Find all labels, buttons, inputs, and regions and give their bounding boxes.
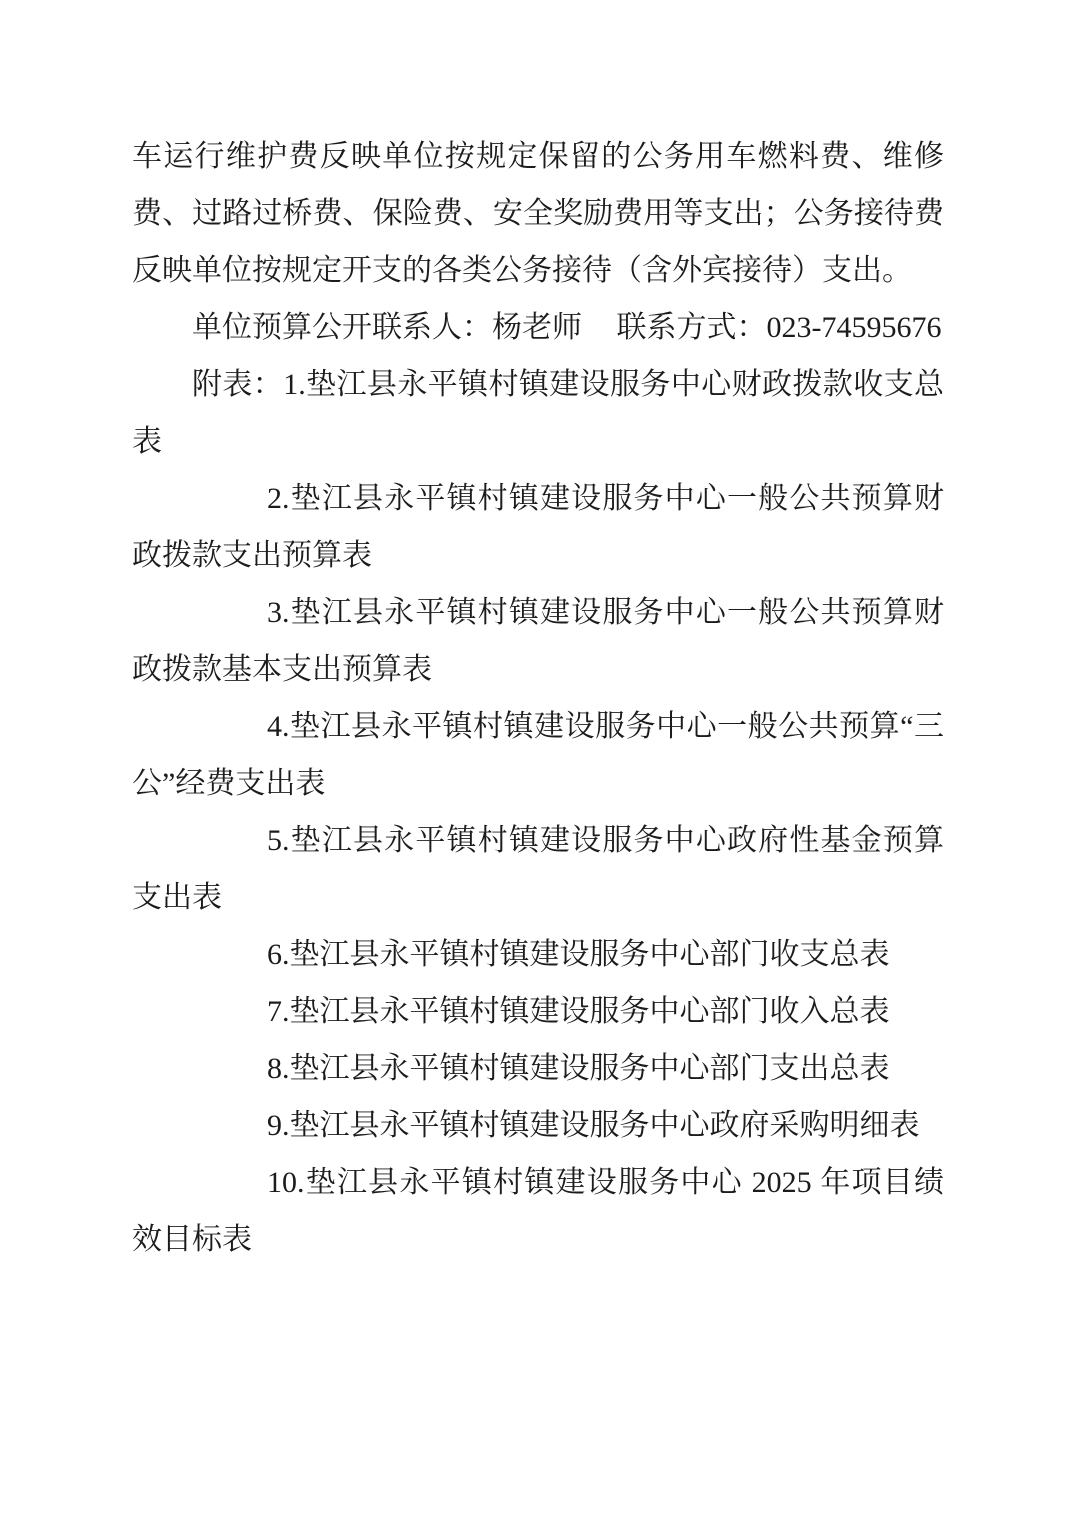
attachment-item-5: 5.垫江县永平镇村镇建设服务中心政府性基金预算支出表 <box>132 812 944 926</box>
attachments-label: 附表： <box>192 368 283 401</box>
attachment-item-6: 6.垫江县永平镇村镇建设服务中心部门收支总表 <box>132 926 944 983</box>
attachments-first-line: 附表：1.垫江县永平镇村镇建设服务中心财政拨款收支总表 <box>132 356 944 470</box>
attachment-item-10: 10.垫江县永平镇村镇建设服务中心 2025 年项目绩效目标表 <box>132 1154 944 1268</box>
attachment-item-2: 2.垫江县永平镇村镇建设服务中心一般公共预算财政拨款支出预算表 <box>132 470 944 584</box>
attachment-item-7: 7.垫江县永平镇村镇建设服务中心部门收入总表 <box>132 983 944 1040</box>
paragraph-vehicle-maintenance-expense: 车运行维护费反映单位按规定保留的公务用车燃料费、维修费、过路过桥费、保险费、安全… <box>132 128 944 299</box>
contact-label: 单位预算公开联系人： <box>192 311 492 344</box>
attachment-item-8: 8.垫江县永平镇村镇建设服务中心部门支出总表 <box>132 1040 944 1097</box>
attachment-item-4: 4.垫江县永平镇村镇建设服务中心一般公共预算“三公”经费支出表 <box>132 698 944 812</box>
contact-line: 单位预算公开联系人：杨老师联系方式：023-74595676 <box>132 299 944 356</box>
contact-phone: 023-74595676 <box>767 311 942 344</box>
contact-person: 杨老师 <box>492 311 582 344</box>
attachment-item-3: 3.垫江县永平镇村镇建设服务中心一般公共预算财政拨款基本支出预算表 <box>132 584 944 698</box>
attachment-item-9: 9.垫江县永平镇村镇建设服务中心政府采购明细表 <box>132 1097 944 1154</box>
contact-method-label: 联系方式： <box>617 311 767 344</box>
document-page: 车运行维护费反映单位按规定保留的公务用车燃料费、维修费、过路过桥费、保险费、安全… <box>0 0 1074 1520</box>
